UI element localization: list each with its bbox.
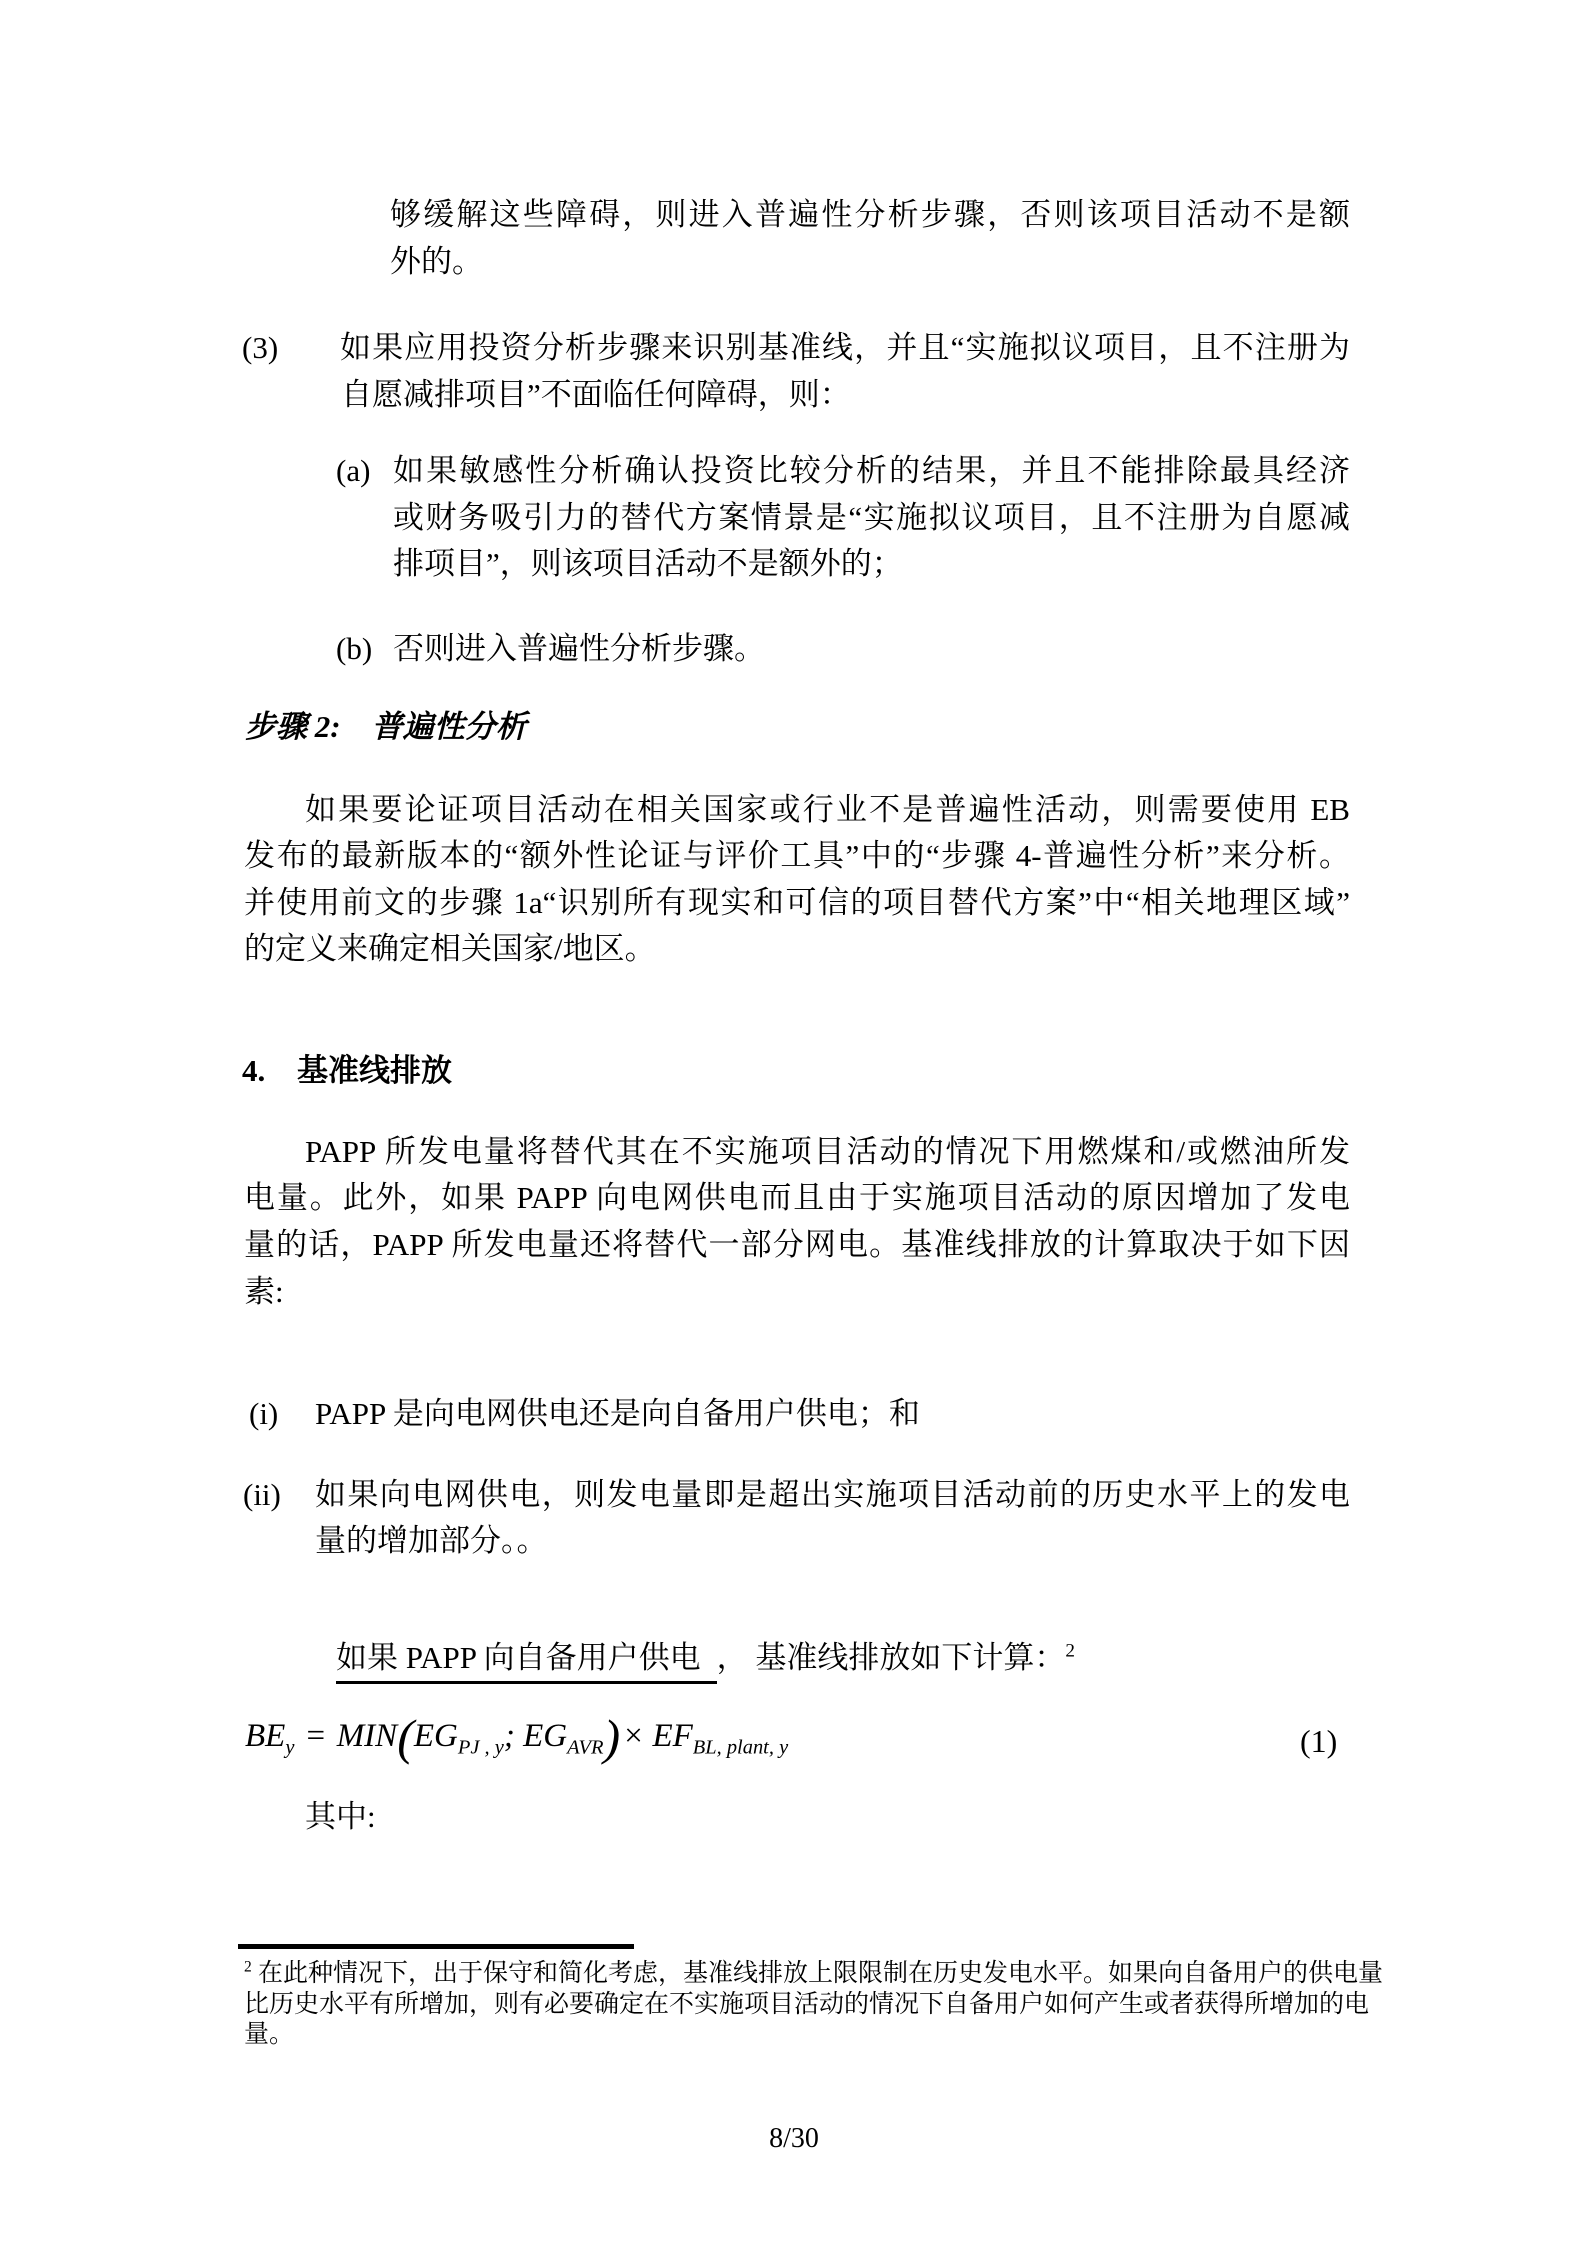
carryover-line-1: 够缓解这些障碍，则进入普遍性分析步骤，否则该项目活动不是额 (390, 196, 1350, 235)
section4-paragraph-line-3: 量的话，PAPP 所发电量还将替代一部分网电。基准线排放的计算取决于如下因 (244, 1226, 1350, 1265)
step2-heading: 步骤 2: 普遍性分析 (245, 708, 527, 747)
eq-eg1-sub: PJ , y (458, 1737, 504, 1759)
carryover-line-2: 外的。 (390, 243, 483, 282)
equation-1-number: (1) (1300, 1722, 1337, 1760)
eq-eg1: EG (414, 1718, 458, 1754)
section4-paragraph-line-1: PAPP 所发电量将替代其在不实施项目活动的情况下用燃煤和/或燃油所发 (305, 1133, 1350, 1172)
eq-right-paren: ) (604, 1709, 621, 1765)
list-item-b-text: 否则进入普遍性分析步骤。 (393, 630, 765, 669)
eq-be-sub: y (285, 1737, 294, 1759)
factor-ii-line-2: 量的增加部分。。 (315, 1522, 548, 1561)
list-item-3-line-2: 自愿减排项目”不面临任何障碍，则： (341, 376, 851, 415)
factor-i-text: PAPP 是向电网供电还是向自备用户供电；和 (315, 1395, 920, 1434)
eq-ef: EF (652, 1718, 692, 1754)
step2-paragraph-line-2: 发布的最新版本的“额外性论证与评价工具”中的“步骤 4-普遍性分析”来分析。 (244, 837, 1350, 876)
factor-ii-line-1: 如果向电网供电，则发电量即是超出实施项目活动前的历史水平上的发电 (315, 1476, 1350, 1515)
eq-left-paren: ( (397, 1709, 414, 1765)
section4-paragraph-line-4: 素: (244, 1273, 284, 1312)
section4-paragraph-line-2: 电量。此外，如果 PAPP 向电网供电而且由于实施项目活动的原因增加了发电 (244, 1179, 1350, 1218)
list-item-b-label: (b) (336, 630, 372, 669)
eq-ef-sub: BL, plant, y (693, 1737, 788, 1759)
captive-supply-underlined: 如果 PAPP 向自备用户供电 (336, 1639, 717, 1684)
step2-paragraph-line-1: 如果要论证项目活动在相关国家或行业不是普遍性活动，则需要使用 EB (305, 791, 1350, 830)
list-item-3-label: (3) (242, 329, 278, 368)
eq-times: × (622, 1718, 644, 1754)
list-item-a-line-2: 或财务吸引力的替代方案情景是“实施拟议项目，且不注册为自愿减 (393, 499, 1350, 538)
equation-1: BEy=MIN(EGPJ , y; EGAVR)×EFBL, plant, y (245, 1708, 788, 1776)
captive-supply-rest: ， 基准线排放如下计算： (717, 1640, 1066, 1675)
list-item-a-line-1: 如果敏感性分析确认投资比较分析的结果，并且不能排除最具经济 (393, 452, 1350, 491)
footnote-line-1: 2 在此种情况下，出于保守和简化考虑，基准线排放上限限制在历史发电水平。如果向自… (244, 1958, 1383, 1989)
section4-number: 4. (242, 1052, 265, 1091)
eq-equals: = (304, 1718, 326, 1754)
eq-be: BE (245, 1718, 285, 1754)
eq-semicolon: ; (504, 1718, 515, 1754)
list-item-a-line-3: 排项目”，则该项目活动不是额外的； (393, 545, 903, 584)
list-item-a-label: (a) (336, 452, 370, 491)
list-item-3-line-1: 如果应用投资分析步骤来识别基准线，并且“实施拟议项目，且不注册为 (340, 329, 1350, 368)
section4-title: 基准线排放 (297, 1052, 452, 1091)
footnote-rule (238, 1944, 634, 1949)
footnote-line-1-text: 在此种情况下，出于保守和简化考虑，基准线排放上限限制在历史发电水平。如果向自备用… (258, 1960, 1383, 1987)
eq-eg2-sub: AVR (567, 1737, 603, 1759)
document-page: 够缓解这些障碍，则进入普遍性分析步骤，否则该项目活动不是额 外的。 (3) 如果… (0, 0, 1588, 2245)
factor-ii-label: (ii) (243, 1476, 281, 1515)
page-number: 8/30 (769, 2122, 819, 2156)
eq-eg2: EG (523, 1718, 567, 1754)
footnote-line-2: 比历史水平有所增加，则有必要确定在不实施项目活动的情况下自备用户如何产生或者获得… (244, 1989, 1369, 2020)
captive-supply-sentence: 如果 PAPP 向自备用户供电， 基准线排放如下计算：2 (305, 1600, 1075, 1722)
factor-i-label: (i) (249, 1395, 278, 1434)
eq-min: MIN (337, 1718, 398, 1754)
footnote-number: 2 (244, 1959, 252, 1976)
footnote-ref-superscript: 2 (1065, 1640, 1075, 1661)
step2-paragraph-line-4: 的定义来确定相关国家/地区。 (244, 930, 656, 969)
footnote-line-3: 量。 (244, 2019, 294, 2050)
whereby-label: 其中: (305, 1798, 376, 1837)
step2-paragraph-line-3: 并使用前文的步骤 1a“识别所有现实和可信的项目替代方案”中“相关地理区域” (244, 884, 1350, 923)
